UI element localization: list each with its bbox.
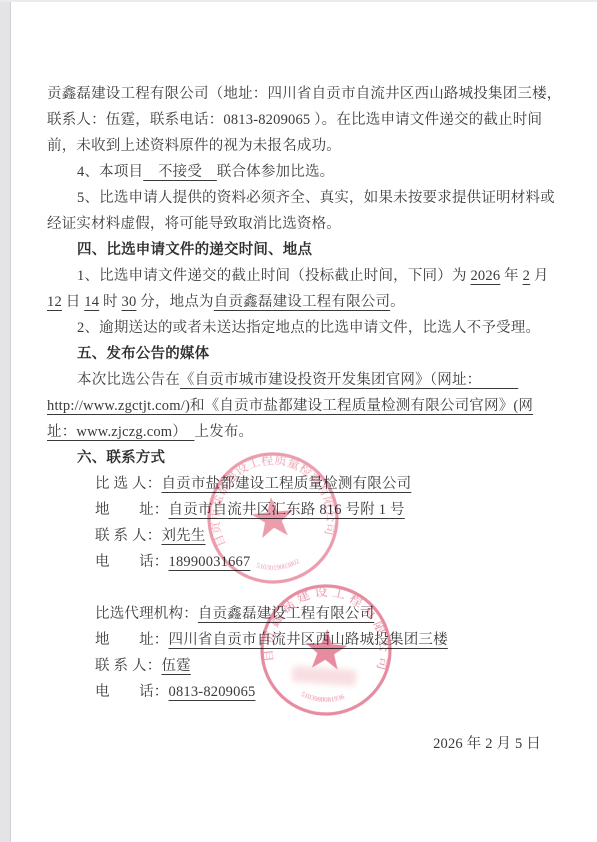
text-segment: 电 话： bbox=[95, 684, 169, 700]
text-line: 12 日 14 时 30 分，地点为自贡鑫磊建设工程有限公司。 bbox=[47, 289, 567, 315]
text-segment: 。 bbox=[390, 294, 405, 310]
document-content: 贡鑫磊建设工程有限公司（地址：四川省自贡市自流井区西山路城投集团三楼，联系人：伍… bbox=[0, 0, 597, 842]
text-segment: 联系人：伍霆，联系电话：0813-8209065 ）。在比选申请文件递交的截止时… bbox=[47, 112, 542, 128]
underlined-value: 14 bbox=[84, 294, 99, 310]
text-line: 联 系 人：刘先生 bbox=[47, 523, 567, 549]
text-line: 六、联系方式 bbox=[47, 445, 567, 471]
text-segment: 月 bbox=[530, 268, 549, 284]
text-segment: 地 址： bbox=[95, 502, 169, 518]
text-segment: 五、发布公告的媒体 bbox=[77, 346, 209, 362]
text-line: 地 址：四川省自贡市自流井区西山路城投集团三楼 bbox=[47, 627, 567, 653]
text-line: 联 系 人：伍霆 bbox=[47, 653, 567, 679]
text-line: 址：www.zjczg.com） 上发布。 bbox=[47, 419, 567, 445]
text-line: 5、比选申请人提供的资料必须齐全、真实，如果未按要求提供证明材料或 bbox=[47, 185, 567, 211]
underlined-value: 自贡鑫磊建设工程有限公司 bbox=[198, 606, 374, 622]
underlined-value: 2026 bbox=[470, 268, 500, 284]
text-segment: 1、比选申请文件递交的截止时间（投标截止时间，下同）为 bbox=[77, 268, 470, 284]
text-segment: 时 bbox=[99, 294, 121, 310]
text-line: 贡鑫磊建设工程有限公司（地址：四川省自贡市自流井区西山路城投集团三楼， bbox=[47, 81, 567, 107]
text-line: 地 址：自贡市自流井区汇东路 816 号附 1 号 bbox=[47, 497, 567, 523]
text-segment: 联 系 人： bbox=[95, 658, 161, 674]
text-segment: 贡鑫磊建设工程有限公司（地址：四川省自贡市自流井区西山路城投集团三楼， bbox=[47, 86, 562, 102]
underlined-value: 不接受 bbox=[143, 164, 217, 180]
text-line: 2、逾期送达的或者未送达指定地点的比选申请文件，比选人不予受理。 bbox=[47, 315, 567, 341]
text-line: 四、比选申请文件的递交时间、地点 bbox=[47, 237, 567, 263]
document-page: 贡鑫磊建设工程有限公司（地址：四川省自贡市自流井区西山路城投集团三楼，联系人：伍… bbox=[0, 0, 597, 842]
text-segment: 2、逾期送达的或者未送达指定地点的比选申请文件，比选人不予受理。 bbox=[77, 320, 540, 336]
text-line: 联系人：伍霆，联系电话：0813-8209065 ）。在比选申请文件递交的截止时… bbox=[47, 107, 567, 133]
text-segment: 联 系 人： bbox=[95, 528, 161, 544]
text-line: 1、比选申请文件递交的截止时间（投标截止时间，下同）为 2026 年 2 月 bbox=[47, 263, 567, 289]
text-segment: 年 bbox=[500, 268, 522, 284]
text-line: 4、本项目 不接受 联合体参加比选。 bbox=[47, 159, 567, 185]
text-segment: 比选代理机构： bbox=[95, 606, 198, 622]
text-segment: 前，未收到上述资料原件的视为未报名成功。 bbox=[47, 138, 341, 154]
underlined-value: 18990031667 bbox=[169, 554, 251, 570]
underlined-value: 自贡市自流井区汇东路 816 号附 1 号 bbox=[169, 502, 405, 518]
underlined-value: http://www.zgctjt.com/)和《自贡市盐都建设工程质量检测有限… bbox=[47, 398, 533, 414]
underlined-value: 0813-8209065 bbox=[169, 684, 256, 700]
text-line: 本次比选公告在《自贡市城市建设投资开发集团官网》（网址： bbox=[47, 367, 567, 393]
text-segment: 5、比选申请人提供的资料必须齐全、真实，如果未按要求提供证明材料或 bbox=[77, 190, 555, 206]
underlined-value: 四川省自贡市自流井区西山路城投集团三楼 bbox=[169, 632, 448, 648]
text-line: http://www.zgctjt.com/)和《自贡市盐都建设工程质量检测有限… bbox=[47, 393, 567, 419]
text-line: 2026 年 2 月 5 日 bbox=[47, 731, 567, 757]
blank-line bbox=[47, 575, 567, 601]
underlined-value: 2 bbox=[523, 268, 530, 284]
underlined-value: 12 bbox=[47, 294, 62, 310]
text-line: 前，未收到上述资料原件的视为未报名成功。 bbox=[47, 133, 567, 159]
text-line: 电 话：18990031667 bbox=[47, 549, 567, 575]
text-segment: 地 址： bbox=[95, 632, 169, 648]
text-segment: 联合体参加比选。 bbox=[217, 164, 335, 180]
text-line: 五、发布公告的媒体 bbox=[47, 341, 567, 367]
text-segment: 电 话： bbox=[95, 554, 169, 570]
text-line: 经证实材料虚假，将可能导致取消比选资格。 bbox=[47, 211, 567, 237]
blank-line bbox=[47, 705, 567, 731]
underlined-value: 自贡市盐都建设工程质量检测有限公司 bbox=[161, 476, 411, 492]
text-segment: 四、比选申请文件的递交时间、地点 bbox=[77, 242, 312, 258]
text-line: 电 话：0813-8209065 bbox=[47, 679, 567, 705]
underlined-value: 自贡鑫磊建设工程有限公司 bbox=[214, 294, 390, 310]
text-line: 比选代理机构：自贡鑫磊建设工程有限公司 bbox=[47, 601, 567, 627]
text-segment: 经证实材料虚假，将可能导致取消比选资格。 bbox=[47, 216, 341, 232]
text-segment: 4、本项目 bbox=[77, 164, 143, 180]
text-segment: 上发布。 bbox=[194, 424, 253, 440]
text-segment: 日 bbox=[62, 294, 84, 310]
underlined-value: 30 bbox=[122, 294, 137, 310]
text-segment: 六、联系方式 bbox=[77, 450, 165, 466]
underlined-value: 址：www.zjczg.com） bbox=[47, 424, 194, 440]
underlined-value: 伍霆 bbox=[161, 658, 190, 674]
text-segment: 本次比选公告在 bbox=[77, 372, 180, 388]
underlined-value: 刘先生 bbox=[161, 528, 205, 544]
underlined-value: 《自贡市城市建设投资开发集团官网》（网址： bbox=[180, 372, 518, 388]
text-segment: 分，地点为 bbox=[136, 294, 213, 310]
text-segment: 2026 年 2 月 5 日 bbox=[433, 736, 541, 752]
text-line: 比 选 人：自贡市盐都建设工程质量检测有限公司 bbox=[47, 471, 567, 497]
text-segment: 比 选 人： bbox=[95, 476, 161, 492]
